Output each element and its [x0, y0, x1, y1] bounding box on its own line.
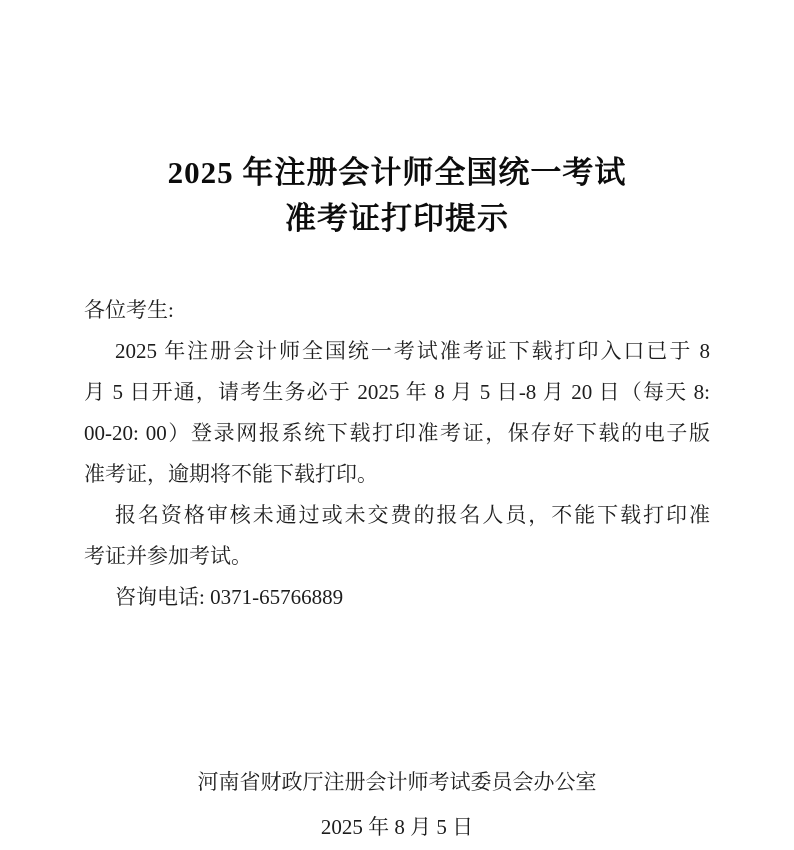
salutation-text: 各位考生:	[84, 290, 710, 331]
title-line-2: 准考证打印提示	[84, 196, 710, 242]
paragraph-exam-notice: 2025 年注册会计师全国统一考试准考证下载打印入口已于 8 月 5 日开通，请…	[84, 331, 710, 495]
body-line: 准考证，逾期将不能下载打印。	[84, 454, 710, 495]
signature-date: 2025 年 8 月 5 日	[84, 812, 710, 842]
body-line: 00-20: 00）登录网报系统下载打印准考证，保存好下载的电子版	[84, 413, 710, 454]
body-line: 报名资格审核未通过或未交费的报名人员，不能下载打印准	[84, 495, 710, 536]
body-line: 考证并参加考试。	[84, 536, 710, 577]
body-line: 2025 年注册会计师全国统一考试准考证下载打印入口已于 8	[84, 331, 710, 372]
document-title: 2025 年注册会计师全国统一考试 准考证打印提示	[84, 150, 710, 242]
document-body: 各位考生: 2025 年注册会计师全国统一考试准考证下载打印入口已于 8 月 5…	[84, 290, 710, 618]
signature-organization: 河南省财政厅注册会计师考试委员会办公室	[84, 767, 710, 797]
paragraph-eligibility-notice: 报名资格审核未通过或未交费的报名人员，不能下载打印准 考证并参加考试。	[84, 495, 710, 577]
paragraph-contact: 咨询电话: 0371-65766889	[84, 577, 710, 618]
document-page: 2025 年注册会计师全国统一考试 准考证打印提示 各位考生: 2025 年注册…	[0, 0, 794, 850]
title-line-1: 2025 年注册会计师全国统一考试	[84, 150, 710, 196]
contact-phone-line: 咨询电话: 0371-65766889	[84, 577, 710, 618]
body-line: 月 5 日开通，请考生务必于 2025 年 8 月 5 日-8 月 20 日（每…	[84, 372, 710, 413]
